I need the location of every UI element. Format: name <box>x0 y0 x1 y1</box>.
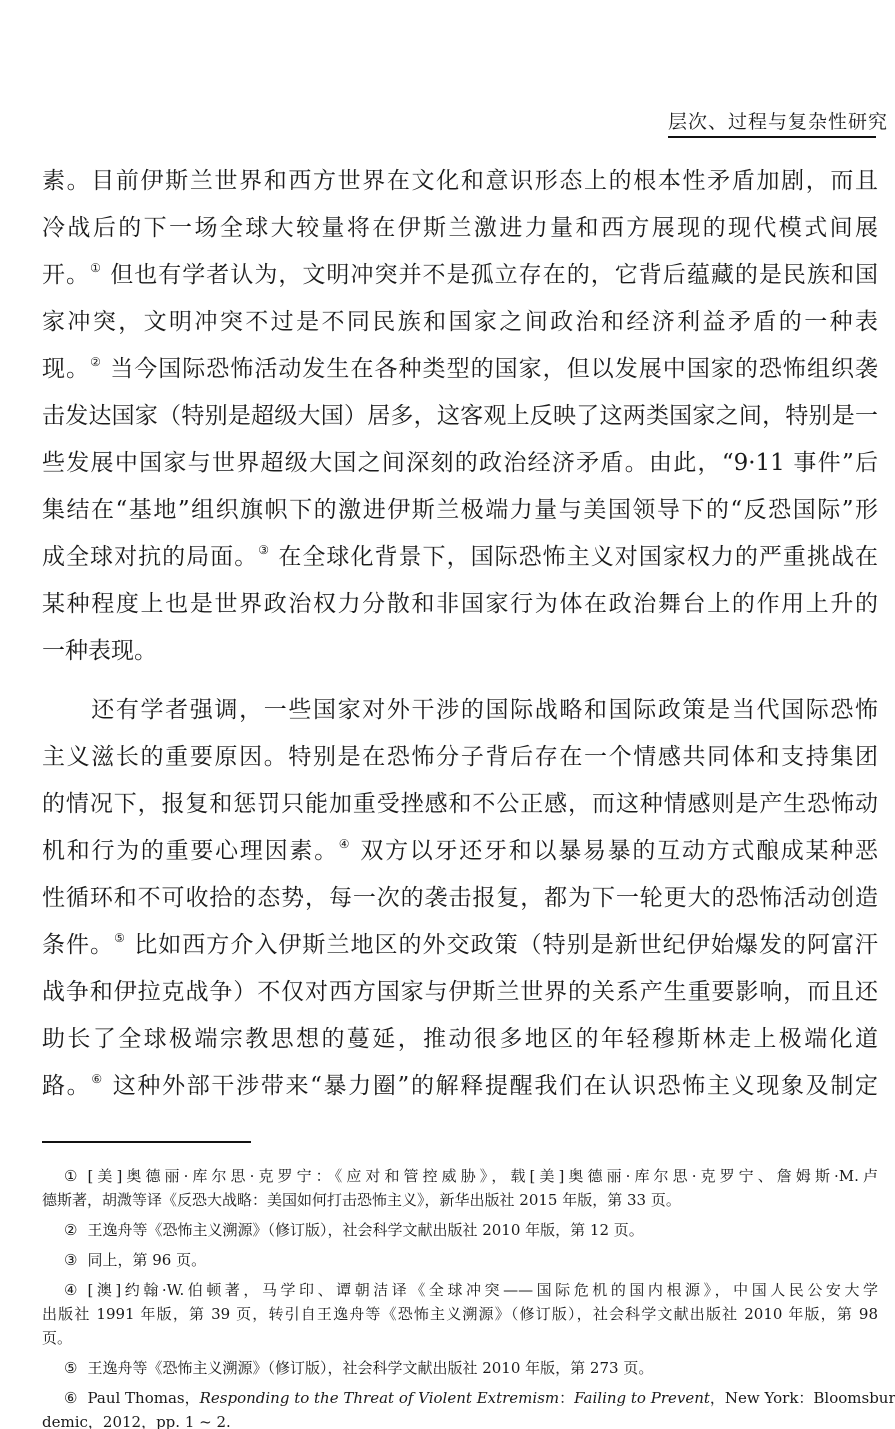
line-text: 双方以牙还牙和以暴易暴的互动方式酿成某种恶 <box>351 838 878 864</box>
footnote-3: ③同上，第 96 页。 <box>42 1248 878 1272</box>
footnote-publisher: ，New York：Bloomsbury Aca- <box>710 1389 895 1407</box>
text-line: 战争和伊拉克战争）不仅对西方国家与伊斯兰世界的关系产生重要影响，而且还 <box>42 969 878 1016</box>
text-line: 条件。⑤ 比如西方介入伊斯兰地区的外交政策（特别是新世纪伊始爆发的阿富汗 <box>42 922 878 969</box>
footnote-book-subtitle: Failing to Prevent <box>574 1389 710 1407</box>
footnote-2: ②王逸舟等《恐怖主义溯源》（修订版），社会科学文献出版社 2010 年版，第 1… <box>42 1218 878 1242</box>
footnotes-section: ①[美]奥德丽·库尔思·克罗宁：《应对和管控威胁》，载[美]奥德丽·库尔思·克罗… <box>42 1164 878 1429</box>
footnote-text: 同上，第 96 页。 <box>87 1251 206 1269</box>
footnote-marker: ① <box>64 1164 77 1188</box>
line-text: 但也有学者认为，文明冲突并不是孤立存在的，它背后蕴藏的是民族和国 <box>102 262 878 288</box>
footnote-marker: ③ <box>64 1248 77 1272</box>
text-line: 击发达国家（特别是超级大国）居多，这客观上反映了这两类国家之间，特别是一 <box>42 393 878 440</box>
footnote-separator-rule <box>42 1141 251 1143</box>
text-line: 家冲突，文明冲突不过是不同民族和国家之间政治和经济利益矛盾的一种表 <box>42 299 878 346</box>
line-text: 机和行为的重要心理因素。 <box>42 838 339 864</box>
footnote-marker: ⑥ <box>64 1386 77 1410</box>
footnote-text: [澳]约翰·W.伯顿著，马学印、谭朝洁译《全球冲突——国际危机的国内根源》，中国… <box>87 1281 878 1299</box>
line-text: 路。 <box>42 1073 91 1099</box>
line-text: 这种外部干涉带来“暴力圈”的解释提醒我们在认识恐怖主义现象及制定 <box>104 1073 878 1099</box>
footnote-line: ⑥Paul Thomas，Responding to the Threat of… <box>42 1386 878 1410</box>
text-line: 素。目前伊斯兰世界和西方世界在文化和意识形态上的根本性矛盾加剧，而且 <box>42 158 878 205</box>
footnote-line: ②王逸舟等《恐怖主义溯源》（修订版），社会科学文献出版社 2010 年版，第 1… <box>42 1218 878 1242</box>
line-text: 条件。 <box>42 932 114 958</box>
footnote-marker: ④ <box>64 1278 77 1302</box>
text-line: 成全球对抗的局面。③ 在全球化背景下，国际恐怖主义对国家权力的严重挑战在 <box>42 534 878 581</box>
paragraph-2: 还有学者强调，一些国家对外干涉的国际战略和国际政策是当代国际恐怖 主义滋长的重要… <box>42 687 878 1110</box>
line-text: 现。 <box>42 356 90 382</box>
footnote-line: ①[美]奥德丽·库尔思·克罗宁：《应对和管控威胁》，载[美]奥德丽·库尔思·克罗… <box>42 1164 878 1188</box>
line-text: 成全球对抗的局面。 <box>42 544 258 570</box>
line-text: 当今国际恐怖活动发生在各种类型的国家，但以发展中国家的恐怖组织袭 <box>102 356 878 382</box>
footnote-6: ⑥Paul Thomas，Responding to the Threat of… <box>42 1386 878 1429</box>
text-line: 集结在“基地”组织旗帜下的激进伊斯兰极端力量与美国领导下的“反恐国际”形 <box>42 487 878 534</box>
footnote-ref-2[interactable]: ② <box>90 355 102 369</box>
footnote-4: ④[澳]约翰·W.伯顿著，马学印、谭朝洁译《全球冲突——国际危机的国内根源》，中… <box>42 1278 878 1350</box>
main-body-text: 素。目前伊斯兰世界和西方世界在文化和意识形态上的根本性矛盾加剧，而且 冷战后的下… <box>42 158 878 1110</box>
line-text: 在全球化背景下，国际恐怖主义对国家权力的严重挑战在 <box>270 544 878 570</box>
paragraph-gap <box>42 675 878 687</box>
footnote-ref-5[interactable]: ⑤ <box>114 931 126 945</box>
footnote-text: [美]奥德丽·库尔思·克罗宁：《应对和管控威胁》，载[美]奥德丽·库尔思·克罗宁… <box>87 1167 878 1185</box>
footnote-ref-1[interactable]: ① <box>90 261 102 275</box>
footnote-marker: ② <box>64 1218 77 1242</box>
footnote-ref-3[interactable]: ③ <box>258 543 270 557</box>
text-line: 现。② 当今国际恐怖活动发生在各种类型的国家，但以发展中国家的恐怖组织袭 <box>42 346 878 393</box>
footnote-line: 页。 <box>42 1326 878 1350</box>
text-line: 某种程度上也是世界政治权力分散和非国家行为体在政治舞台上的作用上升的 <box>42 581 878 628</box>
footnote-ref-6[interactable]: ⑥ <box>91 1072 103 1086</box>
text-line: 还有学者强调，一些国家对外干涉的国际战略和国际政策是当代国际恐怖 <box>42 687 878 734</box>
text-line: 一种表现。 <box>42 628 878 675</box>
line-text: 开。 <box>42 262 90 288</box>
text-line: 些发展中国家与世界超级大国之间深刻的政治经济矛盾。由此，“9·11 事件”后 <box>42 440 878 487</box>
footnote-separator: ： <box>559 1389 574 1407</box>
footnote-line: 德斯著，胡溦等译《反恐大战略：美国如何打击恐怖主义》，新华出版社 2015 年版… <box>42 1188 878 1212</box>
text-line: 的情况下，报复和惩罚只能加重受挫感和不公正感，而这种情感则是产生恐怖动 <box>42 781 878 828</box>
text-line: 冷战后的下一场全球大较量将在伊斯兰激进力量和西方展现的现代模式间展 <box>42 205 878 252</box>
text-line: 机和行为的重要心理因素。④ 双方以牙还牙和以暴易暴的互动方式酿成某种恶 <box>42 828 878 875</box>
text-line: 路。⑥ 这种外部干涉带来“暴力圈”的解释提醒我们在认识恐怖主义现象及制定 <box>42 1063 878 1110</box>
footnote-ref-4[interactable]: ④ <box>339 837 352 851</box>
footnote-text: 王逸舟等《恐怖主义溯源》（修订版），社会科学文献出版社 2010 年版，第 27… <box>87 1359 653 1377</box>
footnote-book-title: Responding to the Threat of Violent Extr… <box>200 1389 560 1407</box>
footnote-line: 出版社 1991 年版，第 39 页，转引自王逸舟等《恐怖主义溯源》（修订版），… <box>42 1302 878 1326</box>
text-line: 主义滋长的重要原因。特别是在恐怖分子背后存在一个情感共同体和支持集团 <box>42 734 878 781</box>
footnote-line: ④[澳]约翰·W.伯顿著，马学印、谭朝洁译《全球冲突——国际危机的国内根源》，中… <box>42 1278 878 1302</box>
footnote-author: Paul Thomas， <box>87 1389 199 1407</box>
footnote-1: ①[美]奥德丽·库尔思·克罗宁：《应对和管控威胁》，载[美]奥德丽·库尔思·克罗… <box>42 1164 878 1212</box>
running-header-title: 层次、过程与复杂性研究 <box>668 110 876 138</box>
footnote-text: 王逸舟等《恐怖主义溯源》（修订版），社会科学文献出版社 2010 年版，第 12… <box>87 1221 643 1239</box>
footnote-line: ③同上，第 96 页。 <box>42 1248 878 1272</box>
footnote-line: demic，2012，pp. 1 ~ 2. <box>42 1410 878 1429</box>
text-line: 开。① 但也有学者认为，文明冲突并不是孤立存在的，它背后蕴藏的是民族和国 <box>42 252 878 299</box>
paragraph-1: 素。目前伊斯兰世界和西方世界在文化和意识形态上的根本性矛盾加剧，而且 冷战后的下… <box>42 158 878 675</box>
footnote-line: ⑤王逸舟等《恐怖主义溯源》（修订版），社会科学文献出版社 2010 年版，第 2… <box>42 1356 878 1380</box>
text-line: 性循环和不可收拾的态势，每一次的袭击报复，都为下一轮更大的恐怖活动创造 <box>42 875 878 922</box>
text-line: 助长了全球极端宗教思想的蔓延，推动很多地区的年轻穆斯林走上极端化道 <box>42 1016 878 1063</box>
footnote-marker: ⑤ <box>64 1356 77 1380</box>
footnote-5: ⑤王逸舟等《恐怖主义溯源》（修订版），社会科学文献出版社 2010 年版，第 2… <box>42 1356 878 1380</box>
line-text: 比如西方介入伊斯兰地区的外交政策（特别是新世纪伊始爆发的阿富汗 <box>126 932 878 958</box>
